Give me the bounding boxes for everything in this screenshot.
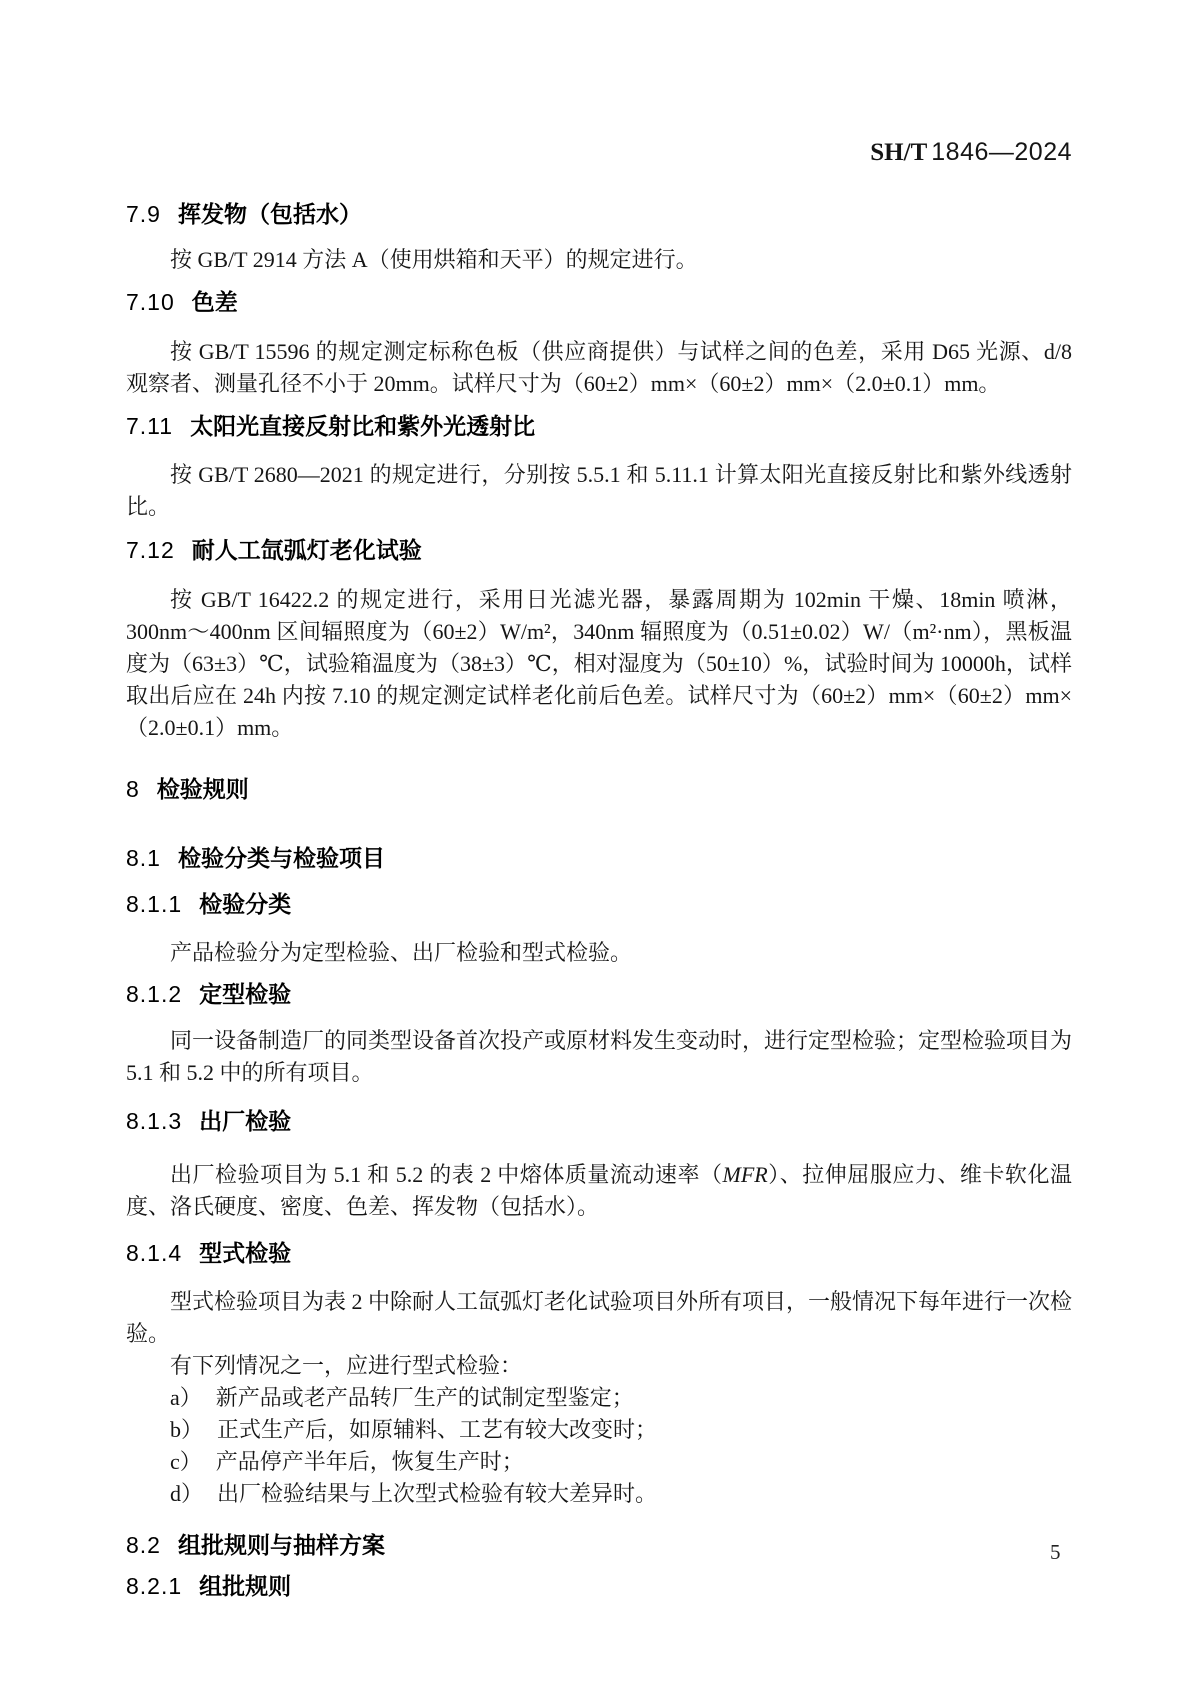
list-item-b: b）正式生产后，如原辅料、工艺有较大改变时； — [126, 1414, 1072, 1446]
section-number: 8.2.1 — [126, 1573, 182, 1599]
section-number: 7.9 — [126, 201, 161, 227]
standard-code-prefix: SH/T — [870, 139, 927, 166]
list-item-label: d） — [170, 1481, 203, 1506]
section-title: 太阳光直接反射比和紫外光透射比 — [190, 413, 535, 439]
heading-8-1-2: 8.1.2定型检验 — [126, 981, 1072, 1007]
section-number: 8.1.3 — [126, 1108, 182, 1134]
list-item-text: 正式生产后，如原辅料、工艺有较大改变时； — [217, 1417, 657, 1442]
section-title: 组批规则与抽样方案 — [178, 1532, 385, 1558]
heading-8-1-4: 8.1.4型式检验 — [126, 1240, 1072, 1266]
section-number: 7.12 — [126, 537, 175, 563]
paragraph-7-10: 按 GB/T 15596 的规定测定标称色板（供应商提供）与试样之间的色差，采用… — [126, 336, 1072, 400]
section-title: 挥发物（包括水） — [178, 201, 362, 227]
section-title: 型式检验 — [199, 1240, 291, 1266]
section-title: 检验分类 — [199, 891, 291, 917]
list-item-text: 新产品或老产品转厂生产的试制定型鉴定； — [216, 1385, 634, 1410]
heading-7-10: 7.10色差 — [126, 289, 1072, 315]
paragraph-7-12: 按 GB/T 16422.2 的规定进行，采用日光滤光器，暴露周期为 102mi… — [126, 584, 1072, 744]
list-item-label: a） — [170, 1385, 202, 1410]
heading-8-1: 8.1检验分类与检验项目 — [126, 845, 1072, 871]
paragraph-text: 出厂检验项目为 5.1 和 5.2 的表 2 中熔体质量流动速率（ — [170, 1162, 723, 1187]
list-item-d: d）出厂检验结果与上次型式检验有较大差异时。 — [126, 1478, 1072, 1510]
heading-7-11: 7.11太阳光直接反射比和紫外光透射比 — [126, 413, 1072, 439]
section-number: 8.2 — [126, 1532, 161, 1558]
list-item-label: c） — [170, 1449, 202, 1474]
paragraph-8-1-4: 型式检验项目为表 2 中除耐人工氙弧灯老化试验项目外所有项目，一般情况下每年进行… — [126, 1286, 1072, 1350]
paragraph-8-1-2: 同一设备制造厂的同类型设备首次投产或原材料发生变动时，进行定型检验；定型检验项目… — [126, 1025, 1072, 1089]
section-number: 8.1 — [126, 845, 161, 871]
page-number: 5 — [1050, 1540, 1061, 1565]
list-item-text: 产品停产半年后，恢复生产时； — [216, 1449, 524, 1474]
chapter-number: 8 — [126, 776, 140, 802]
heading-8: 8检验规则 — [126, 776, 1072, 802]
paragraph-8-1-3: 出厂检验项目为 5.1 和 5.2 的表 2 中熔体质量流动速率（MFR）、拉伸… — [126, 1159, 1072, 1223]
heading-7-9: 7.9挥发物（包括水） — [126, 201, 1072, 227]
heading-8-2: 8.2组批规则与抽样方案 — [126, 1532, 1072, 1558]
italic-term-mfr: MFR — [723, 1162, 768, 1187]
list-item-a: a）新产品或老产品转厂生产的试制定型鉴定； — [126, 1382, 1072, 1414]
section-title: 色差 — [192, 289, 238, 315]
section-title: 组批规则 — [199, 1573, 291, 1599]
section-title: 定型检验 — [199, 981, 291, 1007]
page-header-standard-code: SH/T 1846—2024 — [126, 140, 1072, 168]
heading-8-2-1: 8.2.1组批规则 — [126, 1573, 1072, 1599]
section-number: 8.1.4 — [126, 1240, 182, 1266]
heading-8-1-3: 8.1.3出厂检验 — [126, 1108, 1072, 1134]
standard-code-number: 1846—2024 — [931, 138, 1072, 166]
section-number: 8.1.1 — [126, 891, 182, 917]
section-title: 出厂检验 — [199, 1108, 291, 1134]
document-page: SH/T 1846—2024 7.9挥发物（包括水） 按 GB/T 2914 方… — [0, 0, 1190, 1684]
section-title: 耐人工氙弧灯老化试验 — [192, 537, 422, 563]
section-title: 检验分类与检验项目 — [178, 845, 385, 871]
paragraph-7-9: 按 GB/T 2914 方法 A（使用烘箱和天平）的规定进行。 — [126, 244, 1072, 276]
heading-8-1-1: 8.1.1检验分类 — [126, 891, 1072, 917]
list-item-text: 出厂检验结果与上次型式检验有较大差异时。 — [217, 1481, 657, 1506]
paragraph-8-1-4-lead-in: 有下列情况之一，应进行型式检验： — [126, 1350, 1072, 1382]
section-number: 7.11 — [126, 413, 173, 439]
paragraph-7-11: 按 GB/T 2680—2021 的规定进行，分别按 5.5.1 和 5.11.… — [126, 459, 1072, 523]
paragraph-8-1-1: 产品检验分为定型检验、出厂检验和型式检验。 — [126, 937, 1072, 969]
chapter-title: 检验规则 — [157, 776, 249, 802]
heading-7-12: 7.12耐人工氙弧灯老化试验 — [126, 537, 1072, 563]
section-number: 8.1.2 — [126, 981, 182, 1007]
section-number: 7.10 — [126, 289, 175, 315]
list-item-label: b） — [170, 1417, 203, 1442]
list-item-c: c）产品停产半年后，恢复生产时； — [126, 1446, 1072, 1478]
